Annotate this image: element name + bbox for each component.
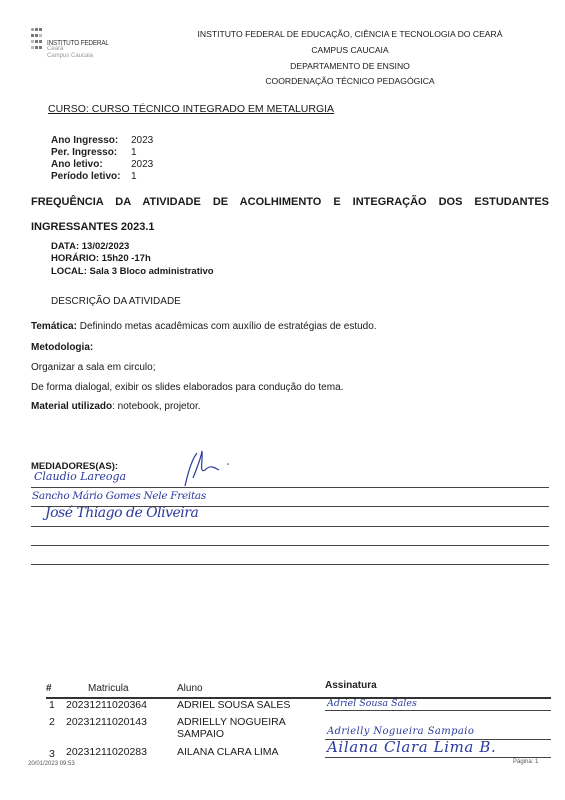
logo-subtitle-campus: Campus Caucaia (47, 53, 93, 59)
column-header-number: # (46, 683, 52, 694)
theme-label: Temática: (31, 321, 77, 332)
info-entry-period: Per. Ingresso: 1 (51, 147, 117, 158)
row-enrollment: 20231211020143 (66, 716, 147, 728)
row-enrollment: 20231211020364 (66, 699, 147, 711)
activity-title-line1: FREQUÊNCIA DA ATIVIDADE DE ACOLHIMENTO E… (31, 196, 549, 208)
row-number: 2 (49, 716, 55, 728)
row-student: ADRIELLY NOGUEIRA (177, 716, 286, 728)
methodology-label: Metodologia: (31, 342, 93, 353)
info-label: Per. Ingresso: (51, 147, 117, 158)
methodology-step-2: De forma dialogal, exibir os slides elab… (31, 382, 343, 393)
info-value: 1 (131, 171, 137, 182)
info-value: 2023 (131, 159, 153, 170)
activity-location: LOCAL: Sala 3 Bloco administrativo (51, 266, 214, 277)
methodology-step-1: Organizar a sala em circulo; (31, 362, 156, 373)
header-campus: CAMPUS CAUCAIA (150, 45, 550, 55)
column-header-enrollment: Matricula (88, 683, 129, 694)
methodology-label-text: Metodologia: (31, 342, 93, 353)
mediator-line-2 (31, 506, 549, 507)
row-signature: Adriel Sousa Sales (327, 698, 417, 709)
table-row: 1 20231211020364 ADRIEL SOUSA SALES Adri… (0, 698, 565, 714)
mediator-line-4 (31, 545, 549, 546)
mediator-signature-2: Sancho Mário Gomes Nele Freitas (32, 490, 206, 502)
activity-date: DATA: 13/02/2023 (51, 241, 129, 252)
row-signature: Adrielly Nogueira Sampaio (327, 726, 474, 737)
print-timestamp: 20/01/2023 09:53 (28, 761, 75, 767)
mediator-signature-3: José Thiago de Oliveira (45, 505, 198, 521)
description-title: DESCRIÇÃO DA ATIVIDADE (51, 296, 181, 307)
row-signature: Ailana Clara Lima B. (327, 738, 496, 756)
info-label: Período letivo: (51, 171, 120, 182)
mediator-line-1 (31, 487, 549, 488)
row-number: 1 (49, 699, 55, 711)
course-title: CURSO: CURSO TÉCNICO INTEGRADO EM METALU… (48, 103, 334, 115)
mediator-signature-1: Claudio Lareoga (34, 470, 126, 483)
info-label: Ano Ingresso: (51, 135, 118, 146)
mediator-initials-signature (175, 448, 235, 488)
signature-line (325, 757, 551, 758)
row-student-continued: SAMPAIO (177, 728, 224, 740)
page-number: Página: 1 (513, 759, 538, 765)
info-value: 1 (131, 147, 137, 158)
table-row: 3 20231211020283 AILANA CLARA LIMA Ailan… (0, 742, 565, 760)
info-entry-year: Ano Ingresso: 2023 (51, 135, 118, 146)
header-institution: INSTITUTO FEDERAL DE EDUCAÇÃO, CIÊNCIA E… (150, 29, 550, 39)
header-coordination: COORDENAÇÃO TÉCNICO PEDAGÓGICA (150, 76, 550, 86)
theme-value: Definindo metas acadêmicas com auxílio d… (77, 321, 377, 332)
logo-grid-icon (31, 28, 43, 64)
material-line: Material utilizado: notebook, projetor. (31, 401, 201, 412)
logo-subtitle-state: Ceará (47, 46, 63, 52)
material-label: Material utilizado (31, 401, 112, 412)
info-school-period: Período letivo: 1 (51, 171, 120, 182)
institution-logo: INSTITUTO FEDERAL Ceará Campus Caucaia (31, 28, 131, 64)
row-number: 3 (49, 748, 55, 760)
info-school-year: Ano letivo: 2023 (51, 159, 103, 170)
mediator-line-5 (31, 564, 549, 565)
activity-title-line2: INGRESSANTES 2023.1 (31, 221, 155, 233)
material-value: : notebook, projetor. (112, 401, 200, 412)
column-header-signature: Assinatura (325, 680, 377, 691)
header-department: DEPARTAMENTO DE ENSINO (150, 61, 550, 71)
row-enrollment: 20231211020283 (66, 746, 147, 758)
activity-time: HORÁRIO: 15h20 -17h (51, 253, 151, 264)
signature-line (325, 710, 551, 711)
mediator-line-3 (31, 526, 549, 527)
row-student: AILANA CLARA LIMA (177, 746, 279, 758)
column-header-student: Aluno (177, 683, 203, 694)
row-student: ADRIEL SOUSA SALES (177, 699, 290, 711)
info-label: Ano letivo: (51, 159, 103, 170)
theme-line: Temática: Definindo metas acadêmicas com… (31, 321, 377, 332)
info-value: 2023 (131, 135, 153, 146)
